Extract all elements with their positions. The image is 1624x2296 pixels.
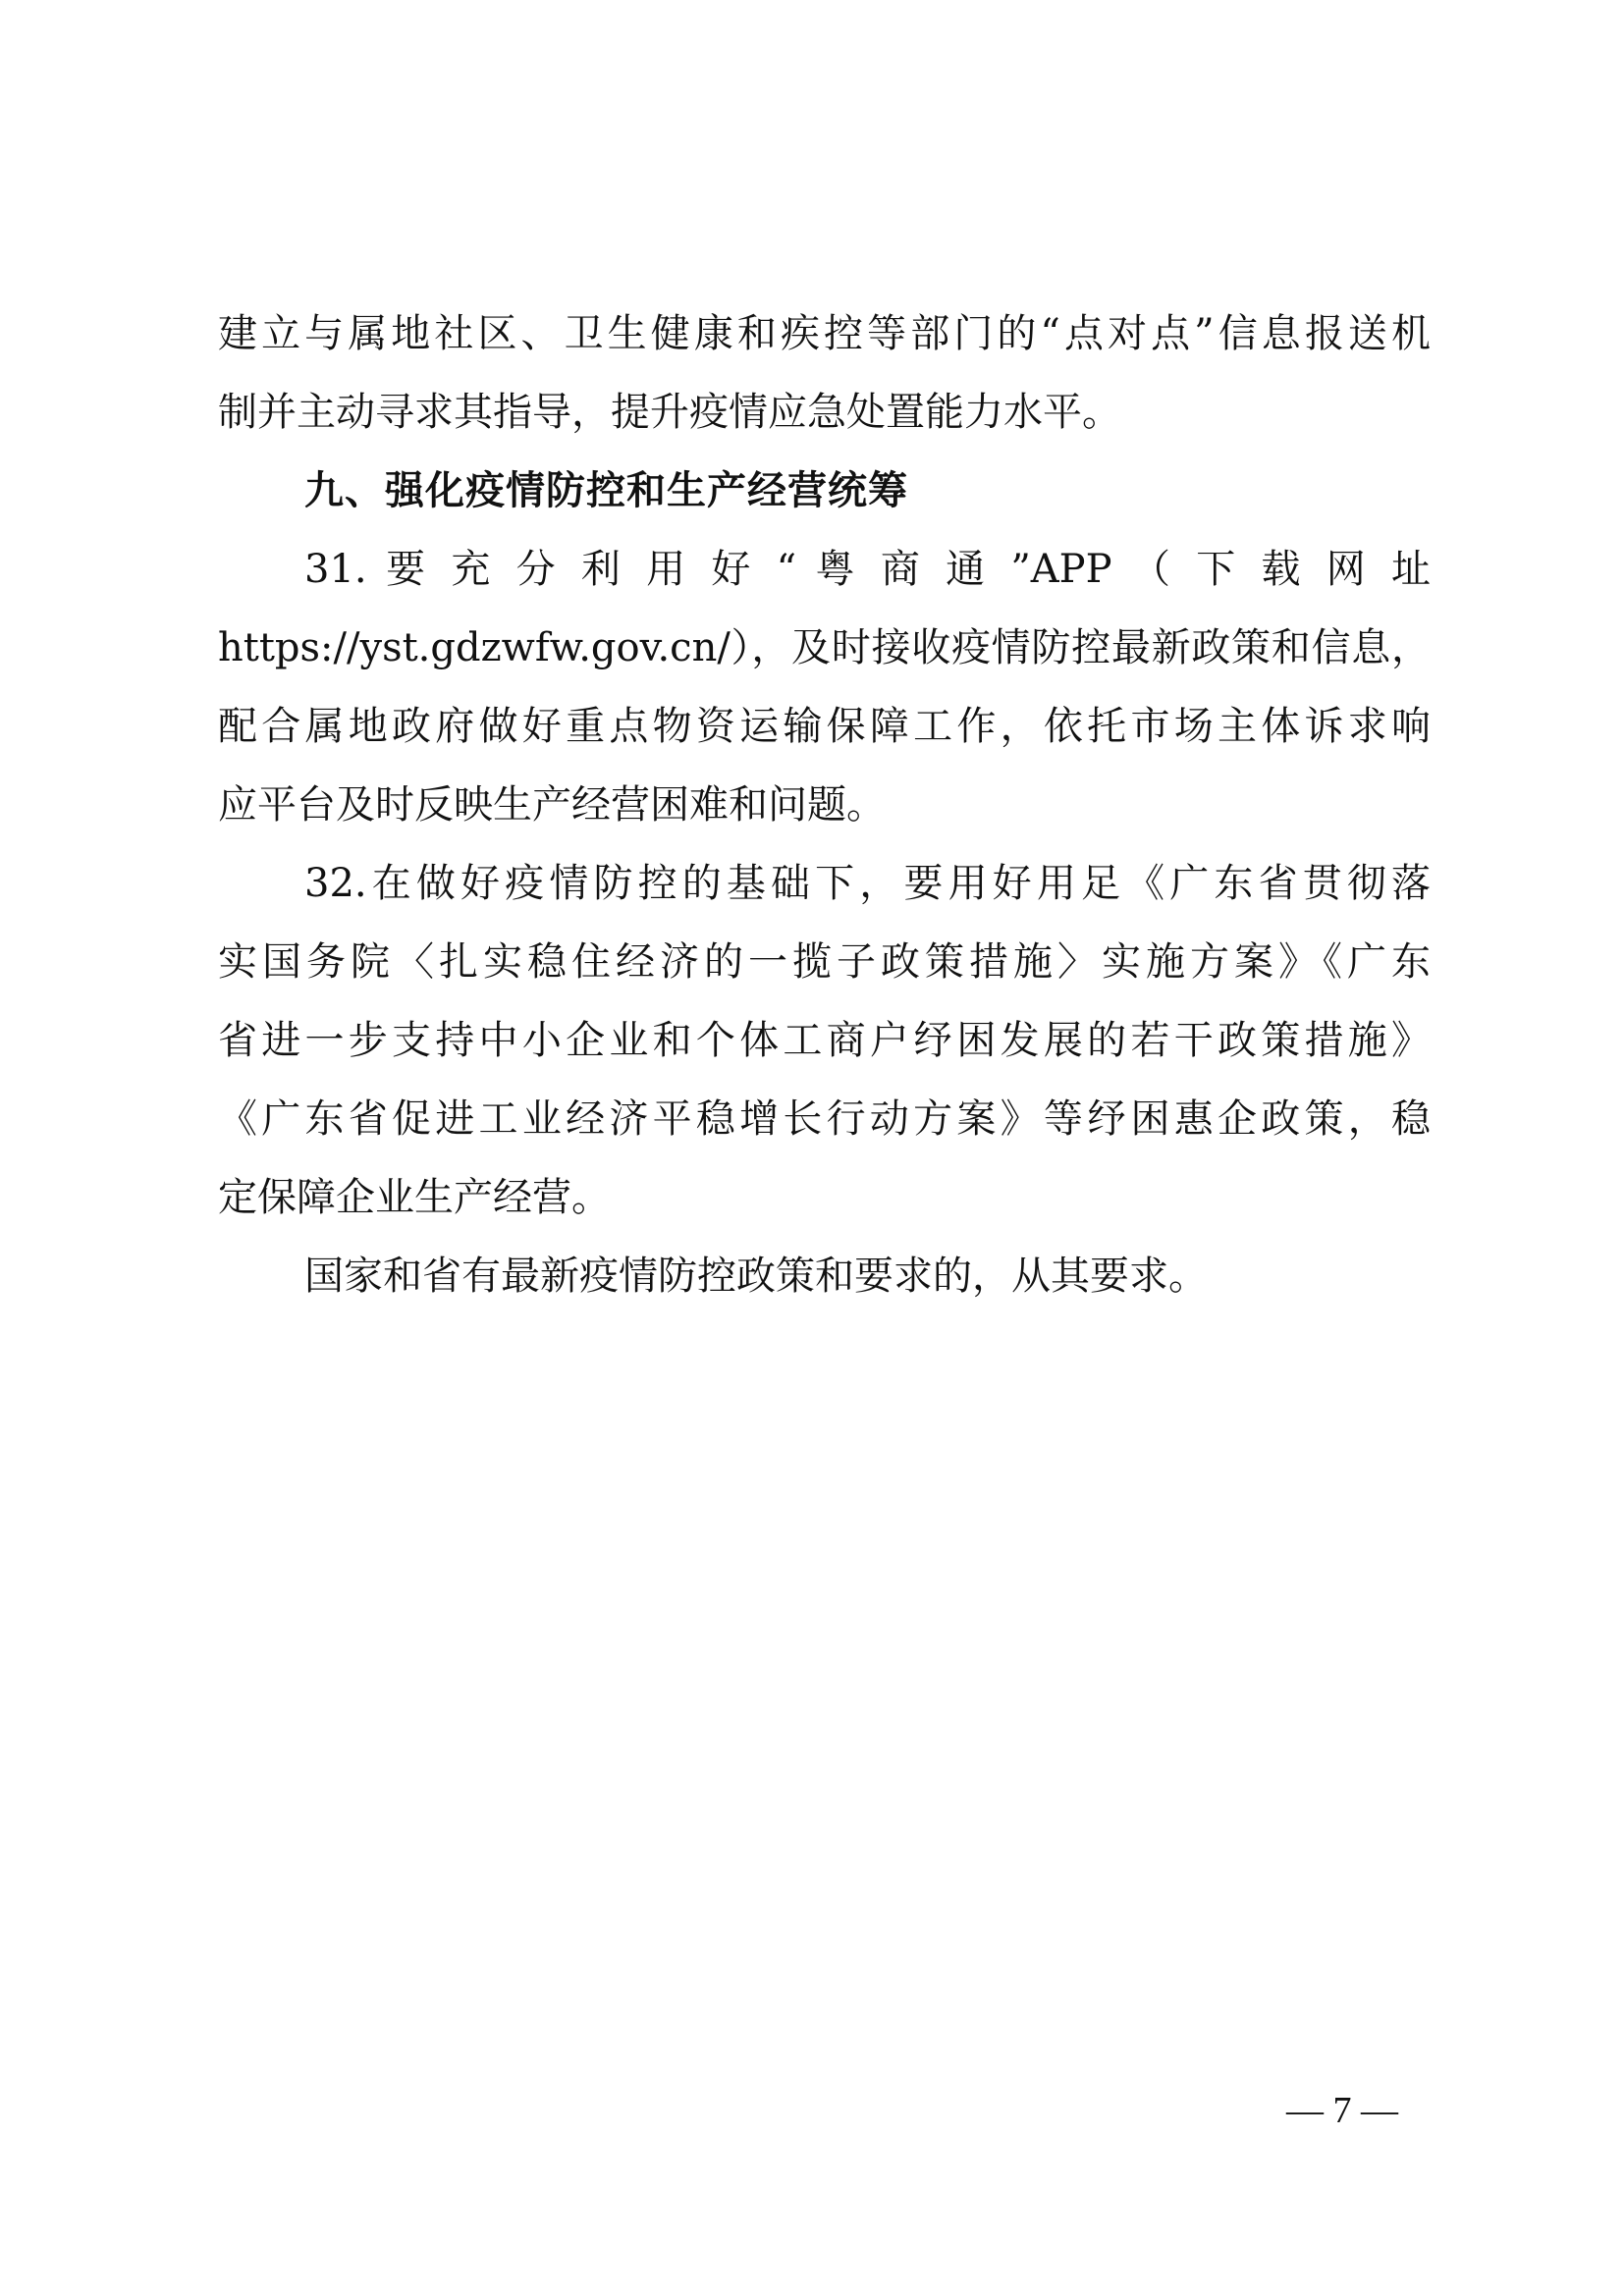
item-31-line-4: 应平台及时反映生产经营困难和问题。 [218,775,1431,834]
closing-statement: 国家和省有最新疫情防控政策和要求的，从其要求。 [304,1247,1431,1306]
section-heading: 九、强化疫情防控和生产经营统筹 [304,461,908,520]
item-31-line-3: 配合属地政府做好重点物资运输保障工作，依托市场主体诉求响 [218,697,1431,756]
document-page: 建立与属地社区、卫生健康和疾控等部门的“点对点”信息报送机 制并主动寻求其指导，… [0,0,1624,2296]
item-31-line-2: https://yst.gdzwfw.gov.cn/），及时接收疫情防控最新政策… [218,618,1431,677]
item-32-line-5: 定保障企业生产经营。 [218,1168,1431,1227]
item-32-line-4: 《广东省促进工业经济平稳增长行动方案》等纾困惠企政策，稳 [218,1090,1431,1148]
page-number: — 7 — [1286,2086,1398,2135]
paragraph-continuation-line-1: 建立与属地社区、卫生健康和疾控等部门的“点对点”信息报送机 [218,304,1431,363]
item-32-line-1: 32.在做好疫情防控的基础下，要用好用足《广东省贯彻落 [304,854,1431,913]
item-32-line-3: 省进一步支持中小企业和个体工商户纾困发展的若干政策措施》 [218,1011,1431,1070]
paragraph-continuation-line-2: 制并主动寻求其指导，提升疫情应急处置能力水平。 [218,383,1431,442]
item-32-line-2: 实国务院〈扎实稳住经济的一揽子政策措施〉实施方案》《广东 [218,933,1431,991]
item-31-line-1: 31. 要 充 分 利 用 好 “ 粤 商 通 ”APP （ 下 载 网 址 [304,540,1431,599]
